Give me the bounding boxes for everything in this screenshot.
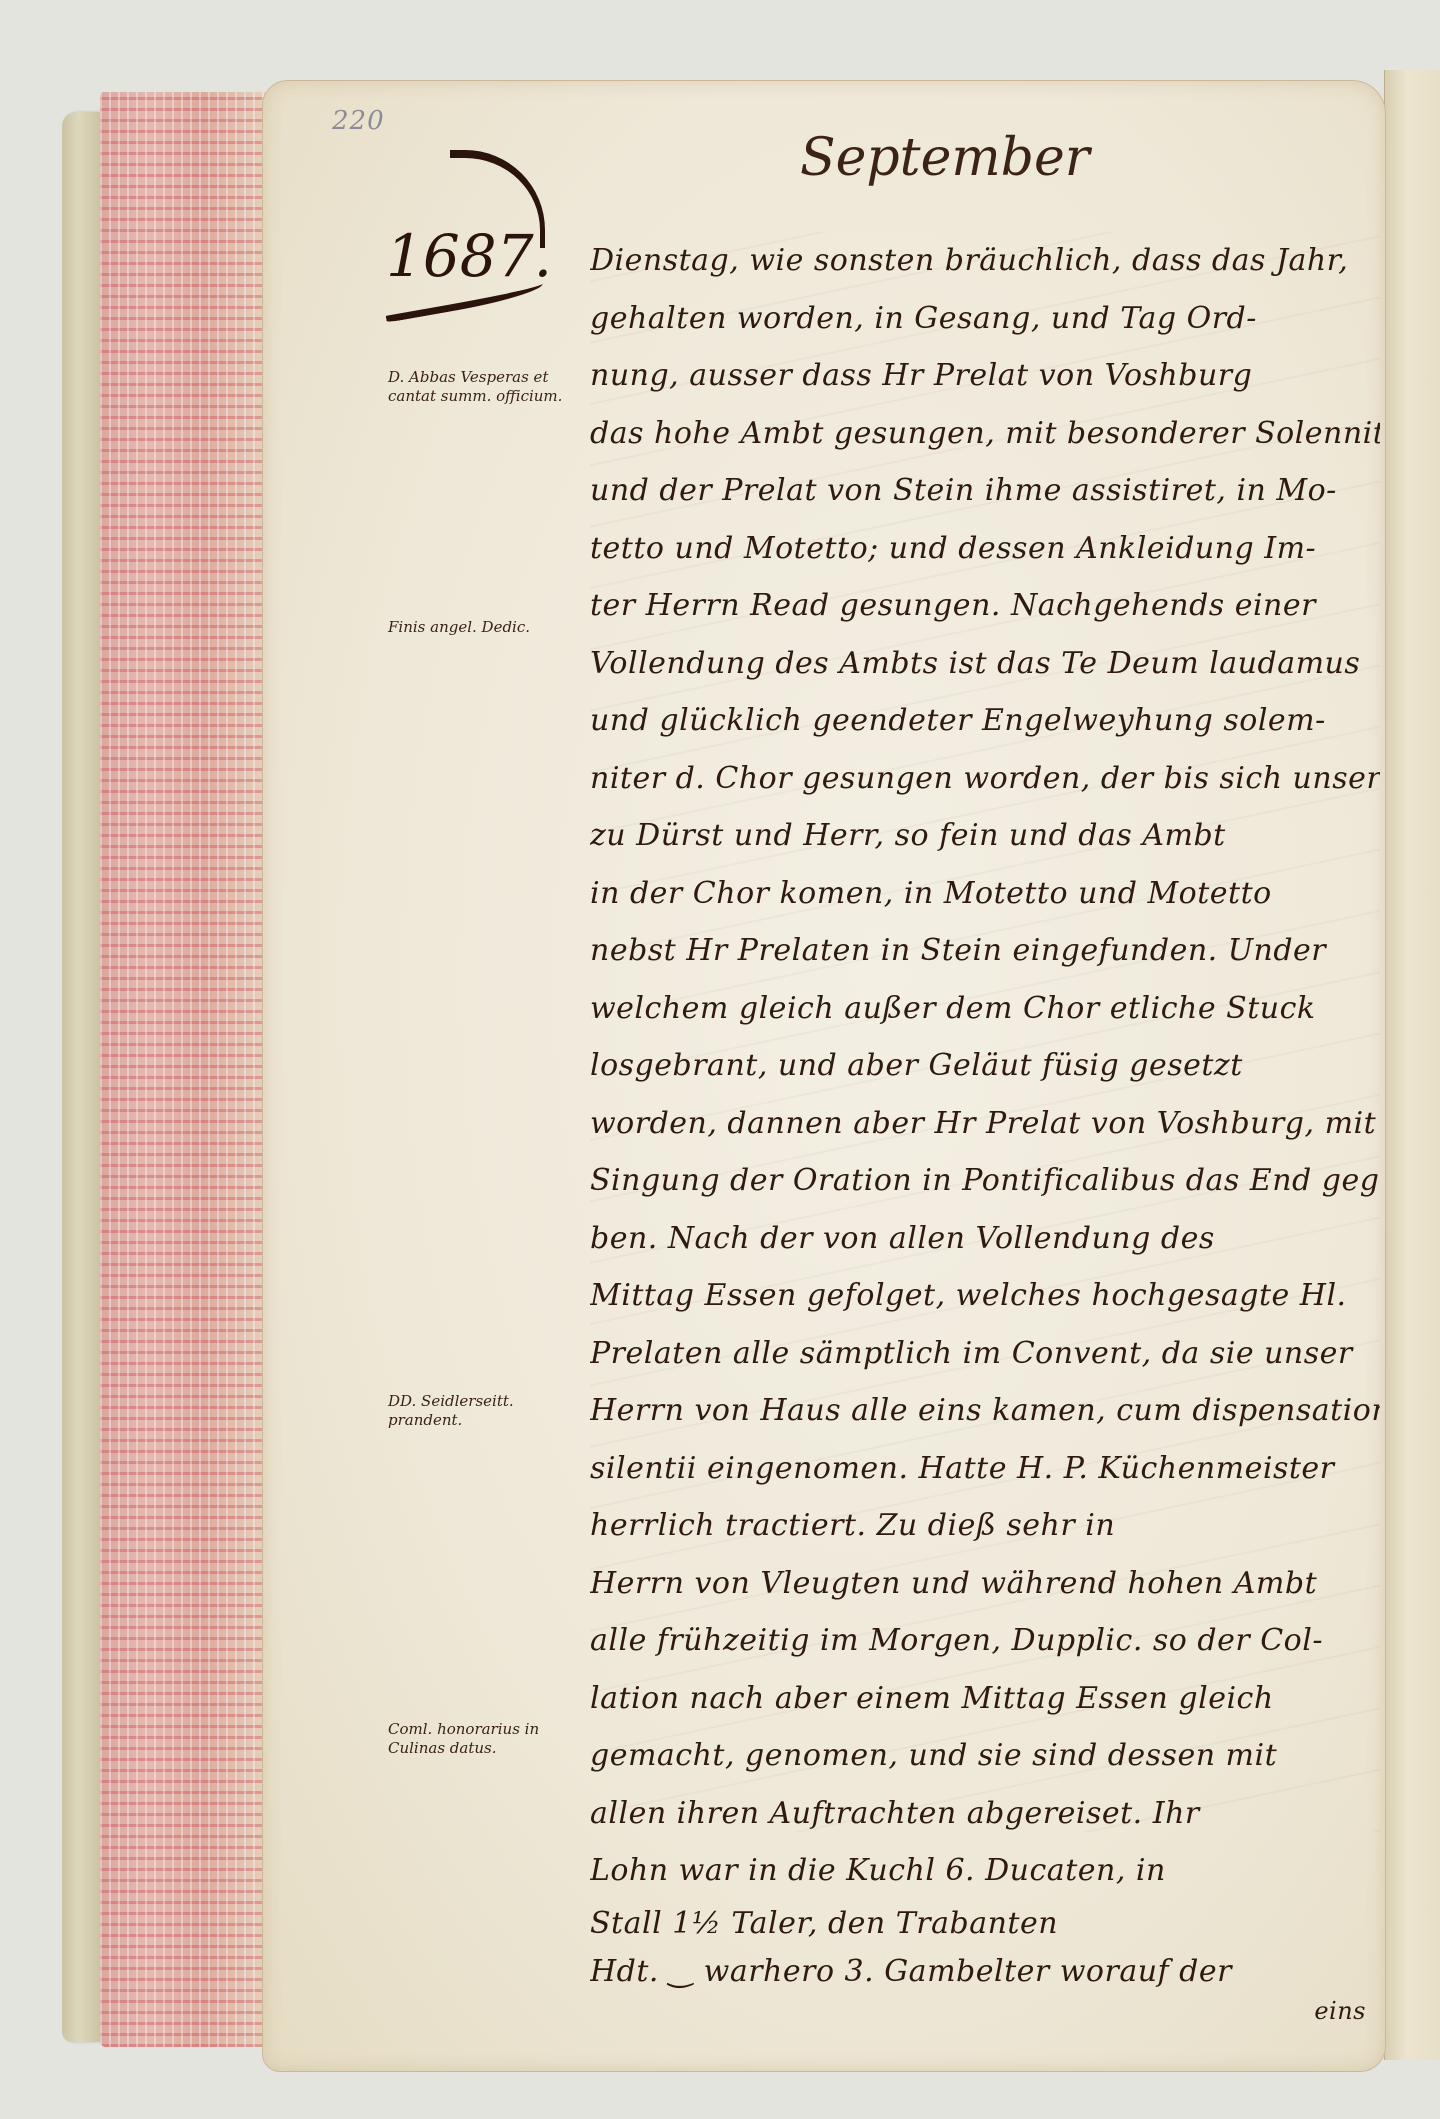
text-line: Lohn war in die Kuchl 6. Ducaten, in	[590, 1842, 1380, 1900]
text-line: lation nach aber einem Mittag Essen glei…	[590, 1670, 1380, 1728]
text-line: und der Prelat von Stein ihme assistiret…	[590, 462, 1380, 520]
text-line: Prelaten alle sämptlich im Convent, da s…	[590, 1325, 1380, 1383]
book-spine	[62, 112, 104, 2042]
text-line: losgebrant, und aber Geläut füsig gesetz…	[590, 1037, 1380, 1095]
text-line: Dienstag, wie sonsten bräuchlich, dass d…	[590, 232, 1380, 290]
text-line: worden, dannen aber Hr Prelat von Voshbu…	[590, 1095, 1380, 1153]
text-line: ben. Nach der von allen Vollendung des	[590, 1210, 1380, 1268]
text-line: alle frühzeitig im Morgen, Dupplic. so d…	[590, 1612, 1380, 1670]
text-line: nung, ausser dass Hr Prelat von Voshburg	[590, 347, 1380, 405]
catchword: eins	[590, 1996, 1380, 2036]
text-line: Vollendung des Ambts ist das Te Deum lau…	[590, 635, 1380, 693]
folio-number: 220	[332, 106, 385, 136]
month-heading: September	[800, 128, 1090, 188]
body-text: Dienstag, wie sonsten bräuchlich, dass d…	[590, 232, 1380, 2036]
margin-note: Coml. honorarius in Culinas datus.	[388, 1720, 588, 1758]
text-line: Herrn von Vleugten und während hohen Amb…	[590, 1555, 1380, 1613]
text-line: tetto und Motetto; und dessen Ankleidung…	[590, 520, 1380, 578]
margin-note: Finis angel. Dedic.	[388, 618, 588, 637]
text-line: nebst Hr Prelaten in Stein eingefunden. …	[590, 922, 1380, 980]
text-line: gehalten worden, in Gesang, und Tag Ord-	[590, 290, 1380, 348]
text-line: Hdt. ‿ warhero 3. Gambelter worauf der	[590, 1948, 1380, 1996]
text-line: welchem gleich außer dem Chor etliche St…	[590, 980, 1380, 1038]
margin-note: D. Abbas Vesperas et cantat summ. offici…	[388, 368, 588, 406]
margin-note: DD. Seidlerseitt. prandent.	[388, 1392, 588, 1430]
text-line: Singung der Oration in Pontificalibus da…	[590, 1152, 1380, 1210]
facing-page-edge	[1384, 70, 1440, 2060]
text-line: herrlich tractiert. Zu dieß sehr in	[590, 1497, 1380, 1555]
red-speckled-fore-edge	[100, 92, 270, 2047]
text-line: in der Chor komen, in Motetto und Motett…	[590, 865, 1380, 923]
text-line: Herrn von Haus alle eins kamen, cum disp…	[590, 1382, 1380, 1440]
text-line: ter Herrn Read gesungen. Nachgehends ein…	[590, 577, 1380, 635]
text-line: Mittag Essen gefolget, welches hochgesag…	[590, 1267, 1380, 1325]
text-line: gemacht, genomen, und sie sind dessen mi…	[590, 1727, 1380, 1785]
text-line: allen ihren Auftrachten abgereiset. Ihr	[590, 1785, 1380, 1843]
text-line: Stall 1½ Taler, den Trabanten	[590, 1900, 1380, 1948]
text-line: niter d. Chor gesungen worden, der bis s…	[590, 750, 1380, 808]
text-line: silentii eingenomen. Hatte H. P. Küchenm…	[590, 1440, 1380, 1498]
text-line: zu Dürst und Herr, so fein und das Ambt	[590, 807, 1380, 865]
text-line: und glücklich geendeter Engelweyhung sol…	[590, 692, 1380, 750]
text-line: das hohe Ambt gesungen, mit besonderer S…	[590, 405, 1380, 463]
